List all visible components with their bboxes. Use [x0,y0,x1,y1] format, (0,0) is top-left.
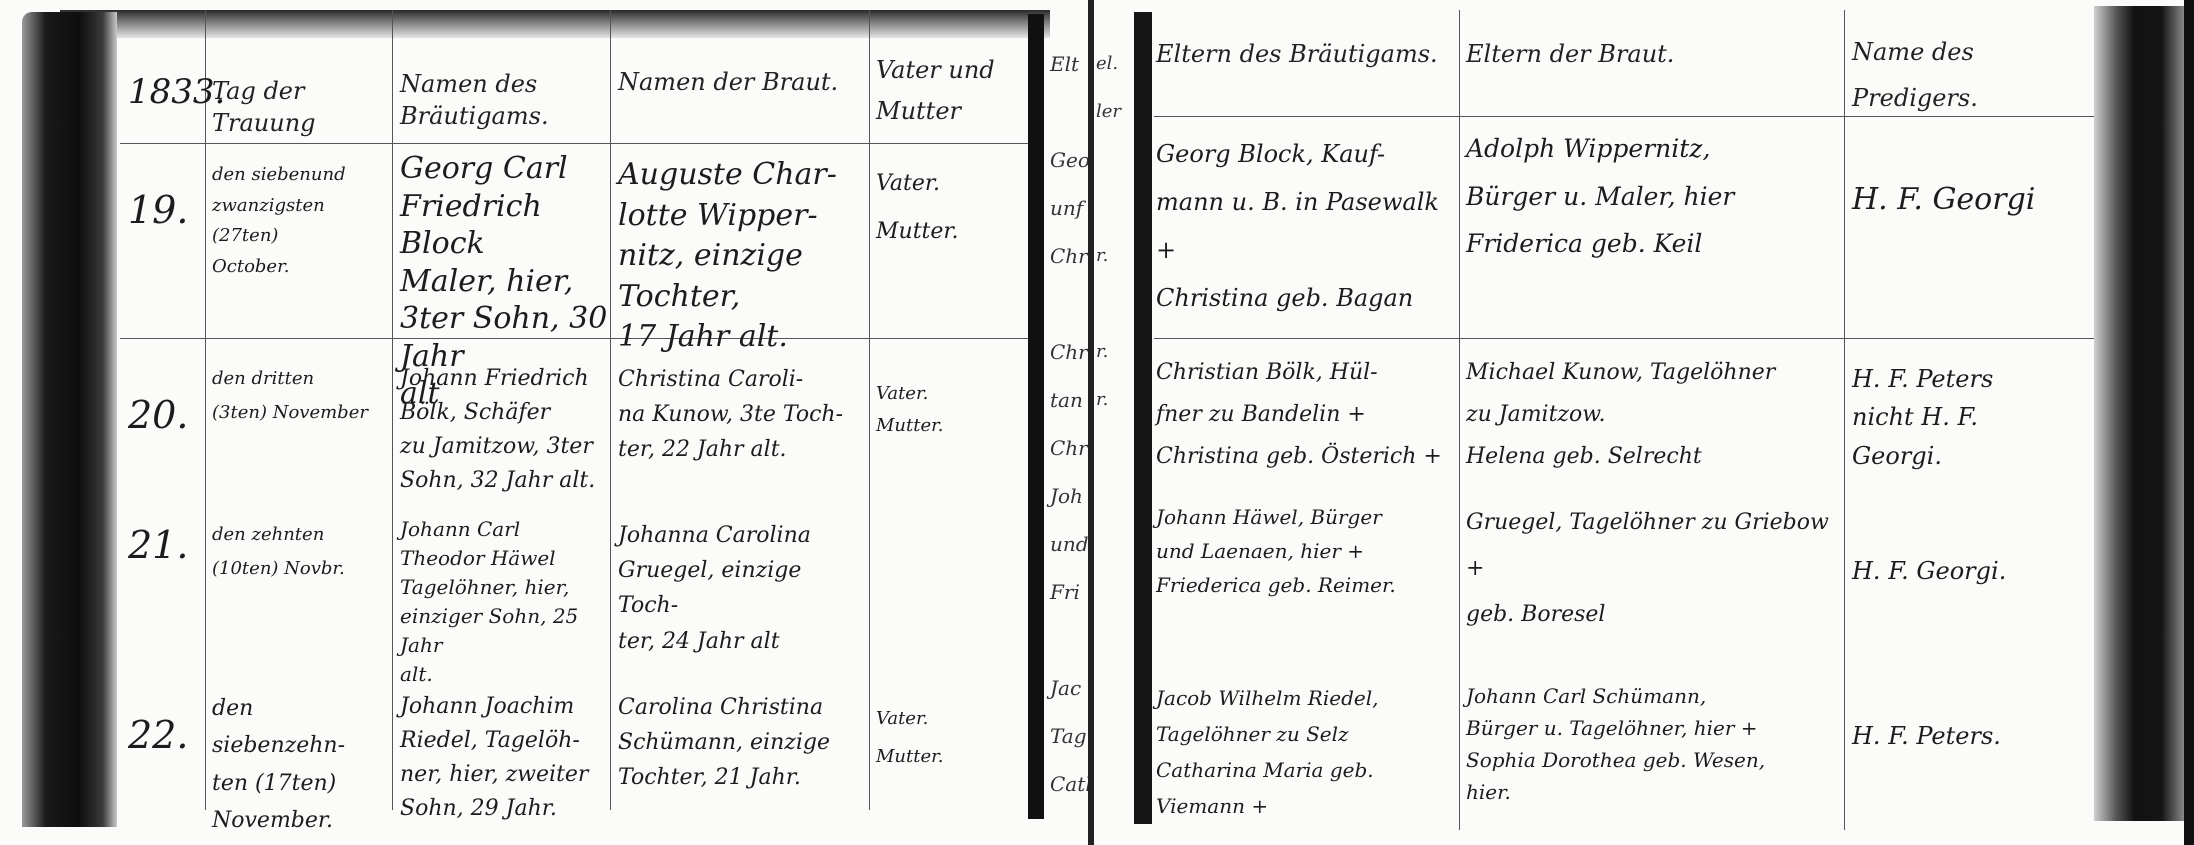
header-date: Tag der Trauung [212,75,387,140]
entry-bride: Christina Caroli- na Kunow, 3te Toch- te… [618,362,868,468]
header-groom: Namen des Bräutigams. [400,68,605,133]
entry-pastor: H. F. Georgi. [1852,555,2052,587]
page-edge-bar [1134,12,1152,824]
entry-groom-parents: Georg Block, Kauf- mann u. B. in Pasewal… [1156,130,1456,322]
left-register-page: Elt Geo unf Chr Chr tan Chr Joh und Fri … [0,0,1088,845]
entry-groom-parents: Jacob Wilhelm Riedel, Tagelöhner zu Selz… [1156,680,1456,824]
column-rule [869,10,870,810]
page-top-edge-shadow [60,10,1050,38]
entry-pastor: H. F. Peters. [1852,720,2052,752]
entry-pastor: H. F. Peters nicht H. F. Georgi. [1852,360,2052,475]
right-register-page: el. ler r. r. r. Eltern des Bräutigams. … [1094,0,2194,845]
entry-number: 20. [128,390,188,441]
entry-date: den dritten (3ten) November [212,362,392,430]
column-rule [205,10,206,810]
header-pastor: Name des Predigers. [1852,30,1992,121]
column-rule [1459,10,1460,830]
header-year: 1833. [128,70,225,116]
header-bride-parents: Eltern der Braut. [1466,38,1836,70]
entry-bride-parents: Gruegel, Tagelöhner zu Griebow + geb. Bo… [1466,500,1836,639]
header-bride: Namen der Braut. [618,66,863,98]
row-rule [120,143,1030,144]
entry-bride-parents: Michael Kunow, Tagelöhner zu Jamitzow. H… [1466,352,1836,477]
clipped-column-text: Elt Geo unf Chr Chr tan Chr Joh und Fri … [1050,40,1088,808]
entry-groom: Johann Carl Theodor Häwel Tagelöhner, hi… [400,515,610,689]
entry-pastor: H. F. Georgi [1852,180,2052,221]
entry-groom-parents: Johann Häwel, Bürger und Laenaen, hier +… [1156,500,1456,602]
entry-consent: Vater. Mutter. [876,700,1016,776]
entry-number: 19. [128,185,188,236]
entry-groom: Johann Joachim Riedel, Tagelöh- ner, hie… [400,690,610,826]
entry-consent: Vater. Mutter. [876,160,1016,257]
entry-bride: Auguste Char- lotte Wipper- nitz, einzig… [618,155,868,358]
scan-edge [2184,0,2194,845]
page-edge-bar [1028,14,1044,819]
entry-bride: Carolina Christina Schümann, einzige Toc… [618,690,868,796]
book-binding-edge [22,12,117,827]
book-binding-edge [2094,6,2184,821]
entry-bride-parents: Johann Carl Schümann, Bürger u. Tagelöhn… [1466,680,1836,808]
entry-groom: Johann Friedrich Bölk, Schäfer zu Jamitz… [400,362,610,498]
entry-consent: Vater. Mutter. [876,378,1016,443]
entry-bride: Johanna Carolina Gruegel, einzige Toch- … [618,518,868,659]
entry-date: den siebenzehn- ten (17ten) November. [212,690,392,840]
entry-date: den siebenund zwanzigsten (27ten) Octobe… [212,160,392,282]
column-rule [1844,10,1845,830]
entry-number: 21. [128,520,188,571]
entry-date: den zehnten (10ten) Novbr. [212,518,392,586]
header-parents-consent: Vater und Mutter [876,50,1016,132]
entry-number: 22. [128,710,188,761]
clipped-column-text: el. ler r. r. r. [1096,40,1134,424]
entry-bride-parents: Adolph Wippernitz, Bürger u. Maler, hier… [1466,125,1836,268]
column-rule [610,10,611,810]
row-rule [1154,338,2104,339]
column-rule [392,10,393,810]
entry-groom-parents: Christian Bölk, Hül- fner zu Bandelin + … [1156,352,1456,477]
header-groom-parents: Eltern des Bräutigams. [1156,38,1456,70]
